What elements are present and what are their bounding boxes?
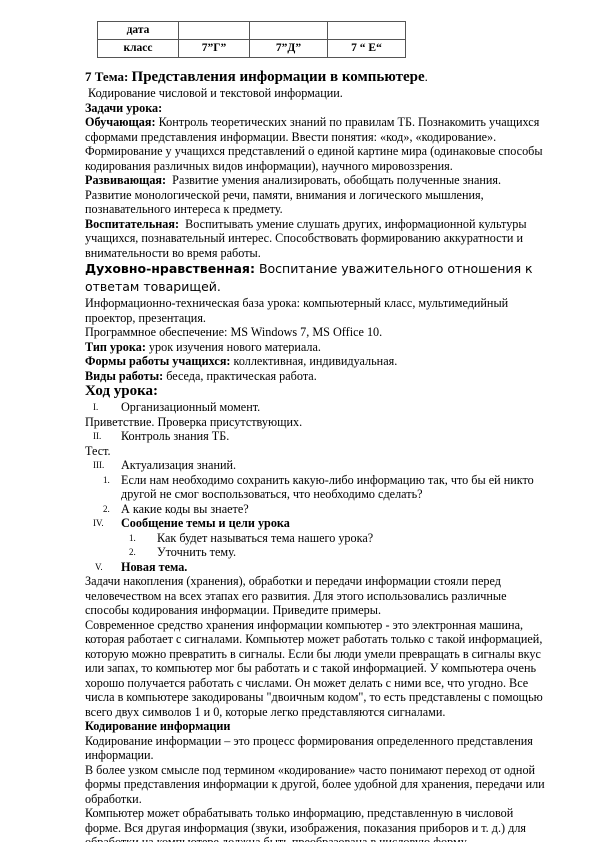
info-text: урок изучения нового материала. (149, 340, 321, 354)
step-text: Тест. (85, 444, 545, 459)
table-cell: дата (98, 22, 179, 40)
goal-developing: Развивающая: Развитие умения анализирова… (85, 173, 545, 217)
list-text: Уточнить тему. (157, 545, 236, 559)
list-item: II.Контроль знания ТБ. (85, 429, 545, 444)
list-text: Организационный момент. (121, 400, 260, 414)
list-text: Контроль знания ТБ. (121, 429, 229, 443)
goal-label: Развивающая: (85, 173, 166, 187)
info-label: Формы работы учащихся: (85, 354, 230, 368)
paragraph: Задачи накопления (хранения), обработки … (85, 574, 545, 618)
list-item: V.Новая тема. (85, 560, 545, 575)
topic-subtitle-text: Кодирование числовой и текстовой информа… (88, 86, 343, 100)
table-cell (250, 22, 328, 40)
tech-base: Информационно-техническая база урока: ко… (85, 296, 545, 325)
table-cell: 7”Г” (179, 40, 250, 58)
list-marker: IV. (93, 516, 104, 531)
list-marker: I. (93, 400, 98, 415)
info-text: беседа, практическая работа. (166, 369, 317, 383)
list-item: 2.Уточнить тему. (85, 545, 545, 560)
info-label: Виды работы: (85, 369, 163, 383)
list-item: IV.Сообщение темы и цели урока (85, 516, 545, 531)
table-cell (179, 22, 250, 40)
paragraph: Компьютер может обрабатывать только инфо… (85, 806, 545, 842)
info-text: коллективная, индивидуальная. (234, 354, 398, 368)
table-cell: 7”Д” (250, 40, 328, 58)
list-marker: V. (95, 560, 103, 575)
list-marker: 2. (103, 502, 110, 517)
goal-teaching: Обучающая: Контроль теоретических знаний… (85, 115, 545, 173)
goals-heading: Задачи урока: (85, 101, 545, 116)
list-marker: 1. (129, 531, 136, 546)
table-row-date: дата (98, 22, 406, 40)
lesson-heading: Ход урока: (85, 383, 545, 400)
table-row-class: класс 7”Г” 7”Д” 7 “ Е“ (98, 40, 406, 58)
topic-number: 7 Тема: (85, 69, 128, 84)
table-cell: класс (98, 40, 179, 58)
table-cell (328, 22, 406, 40)
list-text: Если нам необходимо сохранить какую-либо… (121, 473, 534, 502)
work-forms: Формы работы учащихся: коллективная, инд… (85, 354, 545, 369)
goal-moral: Духовно-нравственная: Воспитание уважите… (85, 260, 545, 296)
list-marker: 2. (129, 545, 136, 560)
list-item: I.Организационный момент. (85, 400, 545, 415)
goal-educational: Воспитательная: Воспитывать умение слуша… (85, 217, 545, 261)
list-text: Актуализация знаний. (121, 458, 236, 472)
work-kinds: Виды работы: беседа, практическая работа… (85, 369, 545, 384)
lesson-plan: 7 Тема: Представления информации в компь… (85, 68, 545, 842)
step-text: Приветствие. Проверка присутствующих. (85, 415, 545, 430)
list-marker: II. (93, 429, 101, 444)
software: Программное обеспечение: MS Windows 7, M… (85, 325, 545, 340)
list-marker: III. (93, 458, 104, 473)
topic-title: Представления информации в компьютере (132, 69, 425, 85)
lesson-type: Тип урока: урок изучения нового материал… (85, 340, 545, 355)
class-schedule-table: дата класс 7”Г” 7”Д” 7 “ Е“ (97, 21, 406, 58)
topic-subtitle: Кодирование числовой и текстовой информа… (85, 86, 545, 101)
topic-suffix: . (425, 69, 428, 84)
list-item: 2.А какие коды вы знаете? (85, 502, 545, 517)
paragraph: Современное средство хранения информации… (85, 618, 545, 720)
goal-label: Обучающая: (85, 115, 156, 129)
table-cell: 7 “ Е“ (328, 40, 406, 58)
goal-label: Духовно-нравственная: (85, 261, 255, 276)
paragraph: В более узком смысле под термином «кодир… (85, 763, 545, 807)
paragraph: Кодирование информации – это процесс фор… (85, 734, 545, 763)
topic-heading: 7 Тема: Представления информации в компь… (85, 68, 545, 86)
list-text: А какие коды вы знаете? (121, 502, 249, 516)
list-item: 1.Как будет называться тема нашего урока… (85, 531, 545, 546)
list-item: III.Актуализация знаний. (85, 458, 545, 473)
info-label: Тип урока: (85, 340, 146, 354)
goal-label: Воспитательная: (85, 217, 179, 231)
list-text: Сообщение темы и цели урока (121, 516, 290, 530)
list-marker: 1. (103, 473, 110, 488)
list-text: Новая тема. (121, 560, 187, 574)
coding-heading: Кодирование информации (85, 719, 545, 734)
list-item: 1.Если нам необходимо сохранить какую-ли… (85, 473, 545, 502)
list-text: Как будет называться тема нашего урока? (157, 531, 373, 545)
